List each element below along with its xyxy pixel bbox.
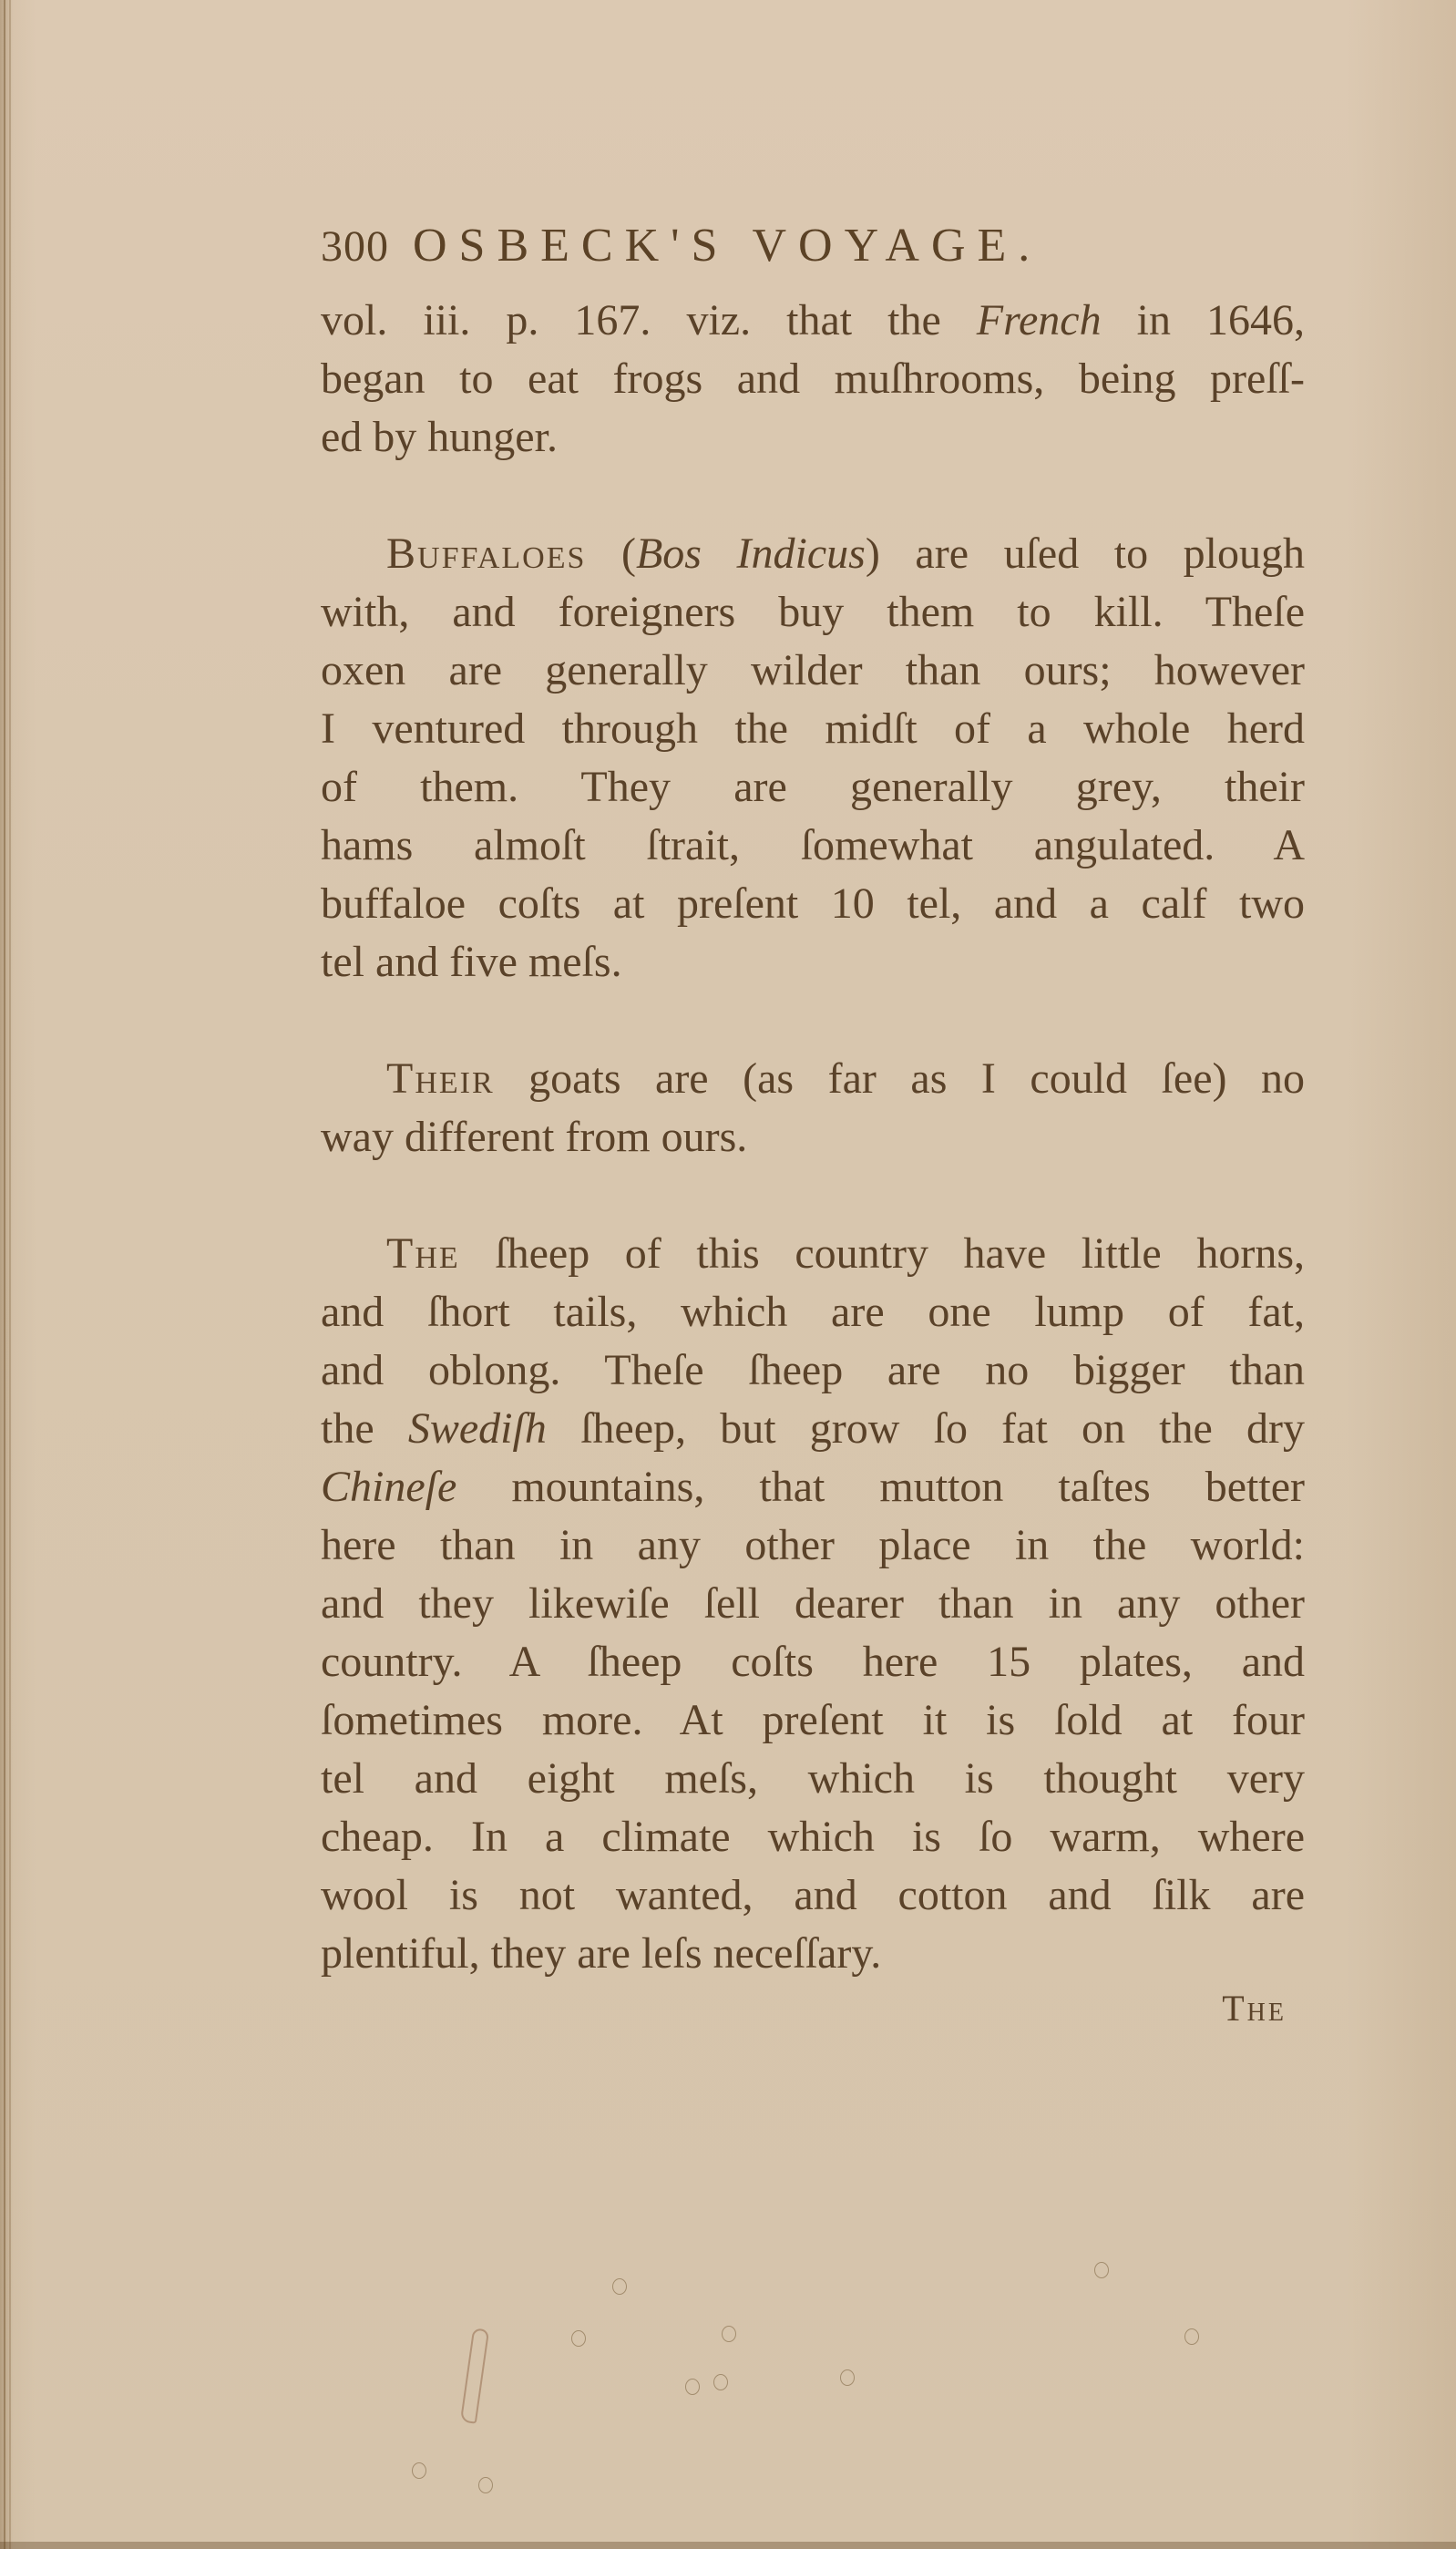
text-line: began to eat frogs and muſhrooms, being … <box>321 350 1305 408</box>
text-line: here than in any other place in the worl… <box>321 1516 1305 1575</box>
text-segment: and they likewiſe ſell dearer than in an… <box>321 1579 1305 1628</box>
text-segment: cheap. In a climate which is ſo warm, wh… <box>321 1813 1305 1861</box>
italic-text: French <box>977 296 1102 344</box>
text-segment: with, and foreigners buy them to kill. T… <box>321 588 1305 636</box>
page-gutter-edge-inner <box>9 0 11 2549</box>
text-segment: ſheep of this country have little horns, <box>460 1229 1305 1278</box>
smallcaps-text: Their <box>386 1054 495 1103</box>
italic-text: Chineſe <box>321 1463 456 1511</box>
paper-blemish <box>478 2477 493 2493</box>
paragraph-gap <box>321 992 1305 1050</box>
text-line: plentiful, they are leſs neceſſary. <box>321 1925 1305 1983</box>
text-segment: plentiful, they are leſs neceſſary. <box>321 1929 881 1978</box>
text-line: buffaloe coſts at preſent 10 tel, and a … <box>321 875 1305 933</box>
paragraph: The ſheep of this country have little ho… <box>321 1225 1305 1983</box>
text-segment: ſometimes more. At preſent it is ſold at… <box>321 1696 1305 1744</box>
text-line: ſometimes more. At preſent it is ſold at… <box>321 1691 1305 1750</box>
page-number: 300 <box>321 221 389 272</box>
italic-text: Swediſh <box>408 1404 547 1453</box>
text-segment: vol. iii. p. 167. viz. that the <box>321 296 977 344</box>
text-line: Their goats are (as far as I could ſee) … <box>321 1050 1305 1108</box>
running-title: OSBECK'S VOYAGE. <box>413 219 1041 272</box>
text-segment: and ſhort tails, which are one lump of f… <box>321 1288 1305 1336</box>
text-line: oxen are generally wilder than ours; how… <box>321 642 1305 700</box>
text-segment: of them. They are generally grey, their <box>321 763 1305 811</box>
body-text: vol. iii. p. 167. viz. that the French i… <box>321 292 1305 1983</box>
paper-blemish <box>612 2278 627 2295</box>
text-segment: mountains, that mutton taſtes better <box>456 1463 1305 1511</box>
text-segment: here than in any other place in the worl… <box>321 1521 1305 1569</box>
text-line: I ventured through the midſt of a whole … <box>321 700 1305 758</box>
text-segment: way different from ours. <box>321 1113 747 1161</box>
text-line: and they likewiſe ſell dearer than in an… <box>321 1575 1305 1633</box>
paper-blemish <box>1184 2328 1199 2345</box>
paper-blemish <box>685 2379 700 2395</box>
text-line: vol. iii. p. 167. viz. that the French i… <box>321 292 1305 350</box>
text-segment: ſheep, but grow ſo fat on the dry <box>547 1404 1305 1453</box>
text-line: tel and five meſs. <box>321 933 1305 992</box>
text-segment: buffaloe coſts at preſent 10 tel, and a … <box>321 879 1305 928</box>
running-head: 300 OSBECK'S VOYAGE. <box>321 219 1305 286</box>
text-line: and oblong. Theſe ſheep are no bigger th… <box>321 1341 1305 1400</box>
page-bottom-edge <box>0 2542 1456 2549</box>
text-segment: goats are (as far as I could ſee) no <box>495 1054 1305 1103</box>
text-segment: in 1646, <box>1102 296 1305 344</box>
paragraph: Their goats are (as far as I could ſee) … <box>321 1050 1305 1167</box>
text-segment: wool is not wanted, and cotton and ſilk … <box>321 1871 1305 1919</box>
text-segment: I ventured through the midſt of a whole … <box>321 704 1305 753</box>
text-line: and ſhort tails, which are one lump of f… <box>321 1283 1305 1341</box>
text-line: way different from ours. <box>321 1108 1305 1167</box>
paper-blemish <box>1094 2262 1109 2278</box>
text-segment: began to eat frogs and muſhrooms, being … <box>321 355 1305 403</box>
book-page: 300 OSBECK'S VOYAGE. vol. iii. p. 167. v… <box>321 219 1305 2030</box>
paper-blemish <box>713 2374 728 2390</box>
text-segment: the <box>321 1404 408 1453</box>
text-line: the Swediſh ſheep, but grow ſo fat on th… <box>321 1400 1305 1458</box>
paragraph-gap <box>321 467 1305 525</box>
paper-blemish <box>840 2369 855 2386</box>
paper-blemish <box>722 2326 736 2342</box>
text-line: country. A ſheep coſts here 15 plates, a… <box>321 1633 1305 1691</box>
paper-blemish <box>571 2330 586 2347</box>
text-line: with, and foreigners buy them to kill. T… <box>321 583 1305 642</box>
text-segment: tel and five meſs. <box>321 938 622 986</box>
paragraph: vol. iii. p. 167. viz. that the French i… <box>321 292 1305 467</box>
italic-text: Bos Indicus <box>636 529 866 578</box>
paper-blemish <box>412 2462 426 2479</box>
text-line: of them. They are generally grey, their <box>321 758 1305 817</box>
text-segment: ) are uſed to plough <box>866 529 1305 578</box>
text-segment: and oblong. Theſe ſheep are no bigger th… <box>321 1346 1305 1394</box>
paragraph: Buffaloes (Bos Indicus) are uſed to plou… <box>321 525 1305 992</box>
text-line: ed by hunger. <box>321 408 1305 467</box>
smallcaps-text: The <box>386 1229 460 1278</box>
text-line: The ſheep of this country have little ho… <box>321 1225 1305 1283</box>
text-segment: tel and eight meſs, which is thought ver… <box>321 1754 1305 1803</box>
text-line: Buffaloes (Bos Indicus) are uſed to plou… <box>321 525 1305 583</box>
page-gutter-edge <box>4 0 5 2549</box>
text-segment: country. A ſheep coſts here 15 plates, a… <box>321 1638 1305 1686</box>
text-line: Chineſe mountains, that mutton taſtes be… <box>321 1458 1305 1516</box>
text-line: wool is not wanted, and cotton and ſilk … <box>321 1866 1305 1925</box>
text-line: tel and eight meſs, which is thought ver… <box>321 1750 1305 1808</box>
catchword: The <box>321 1987 1287 2030</box>
smallcaps-text: Buffaloes <box>386 529 586 578</box>
text-line: cheap. In a climate which is ſo warm, wh… <box>321 1808 1305 1866</box>
text-segment: ( <box>586 529 636 578</box>
paragraph-gap <box>321 1167 1305 1225</box>
text-segment: oxen are generally wilder than ours; how… <box>321 646 1305 694</box>
text-segment: hams almoſt ſtrait, ſomewhat angulated. … <box>321 821 1305 869</box>
text-segment: ed by hunger. <box>321 413 558 461</box>
text-line: hams almoſt ſtrait, ſomewhat angulated. … <box>321 817 1305 875</box>
paper-stain <box>460 2328 489 2423</box>
